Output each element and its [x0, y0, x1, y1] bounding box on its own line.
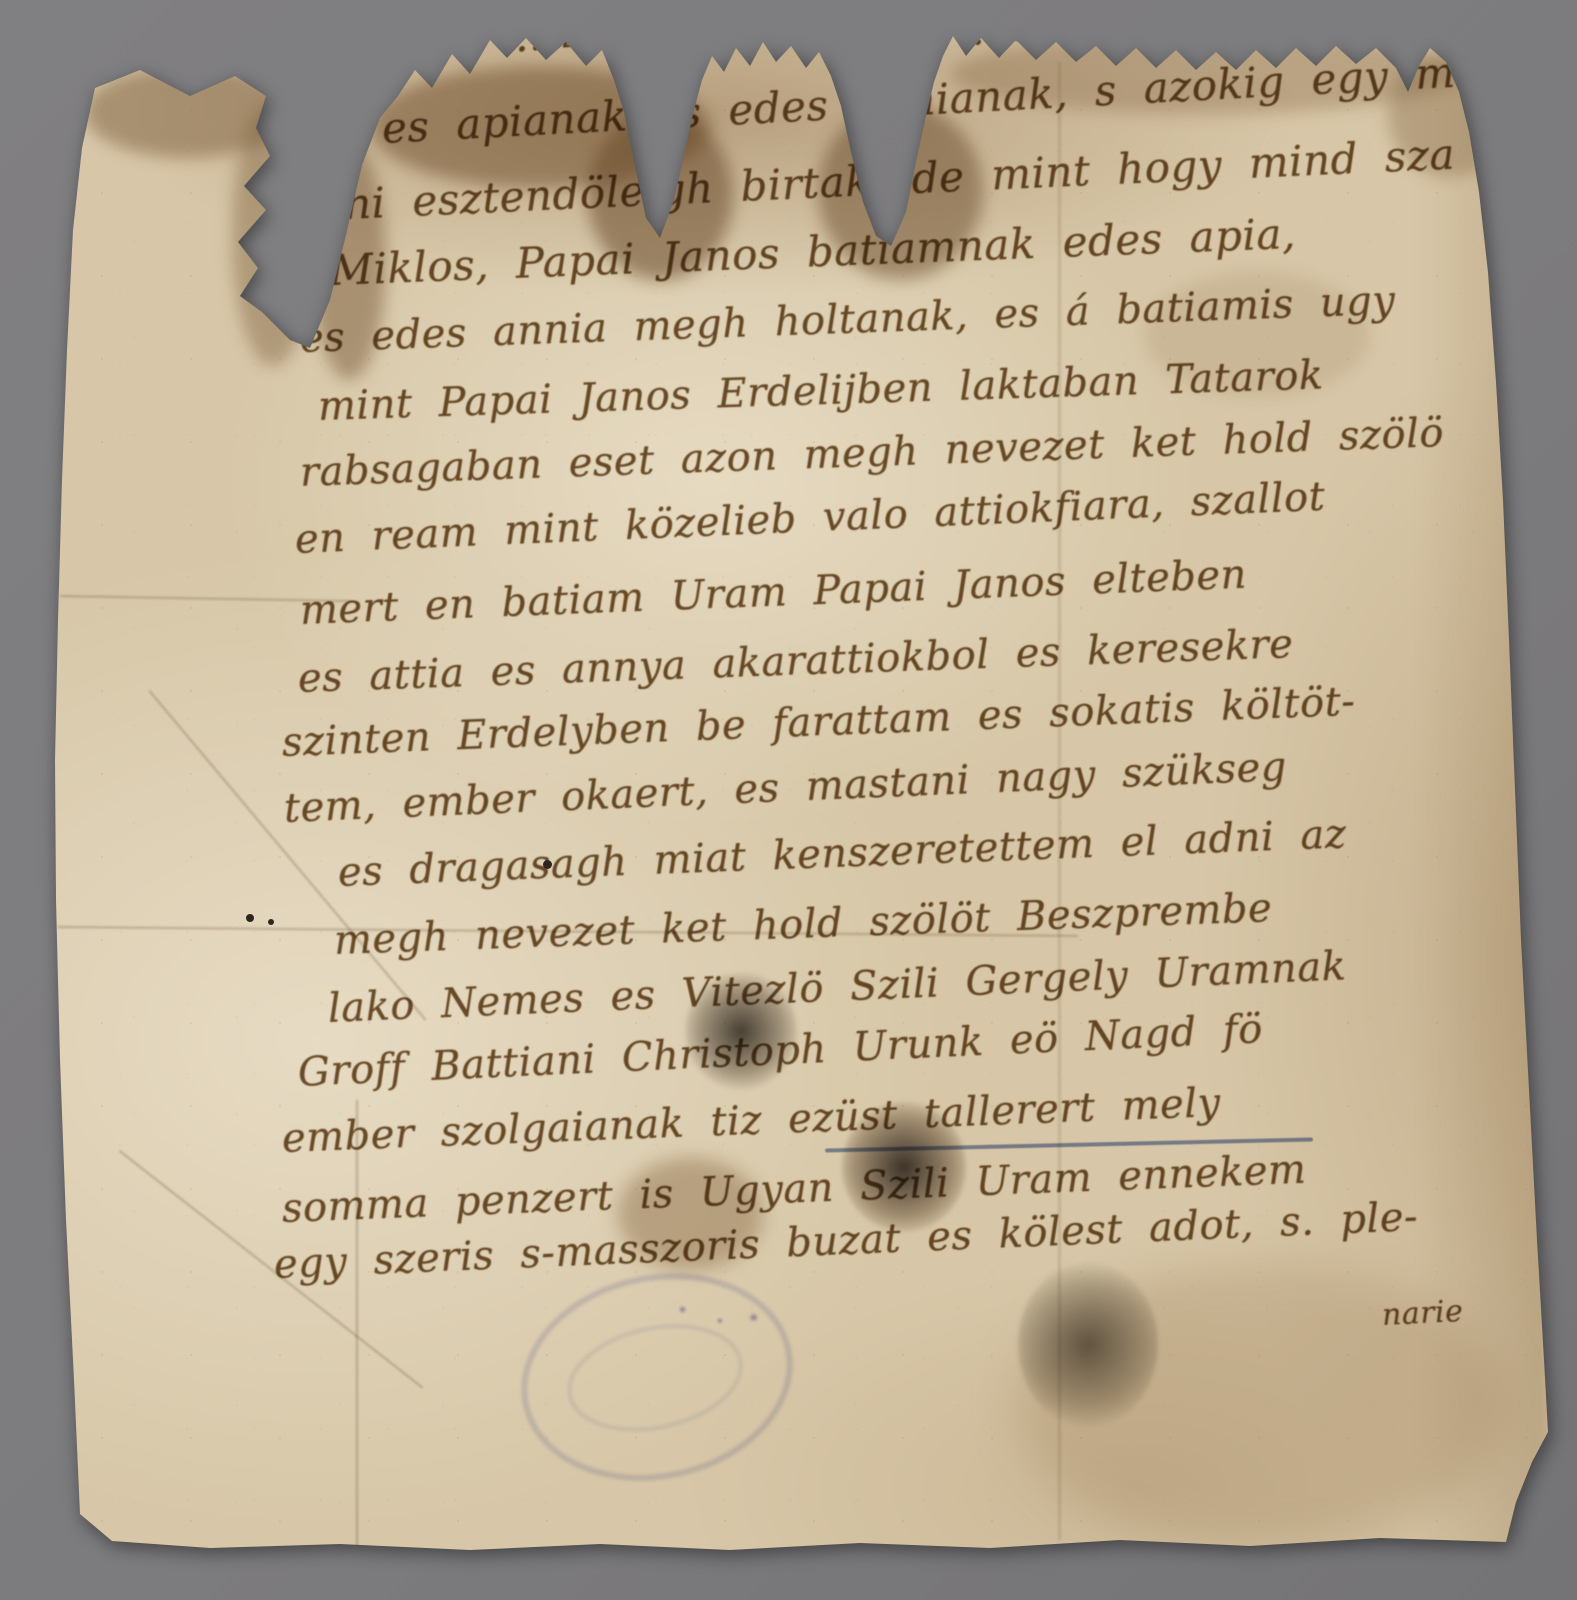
ink-blotch — [1018, 1262, 1158, 1427]
fold-crease — [356, 1100, 358, 1550]
manuscript-paper-shadow: …tiak erdelyne… …s lak uy mind a… es api… — [0, 0, 1577, 1600]
pin-hole — [268, 919, 274, 925]
scan-background: { "scene": { "background_color": "#7c7b7… — [0, 0, 1577, 1600]
manuscript-paper: …tiak erdelyne… …s lak uy mind a… es api… — [0, 0, 1577, 1600]
manuscript-line-fragment-left: …tiak erdelyne… — [498, 0, 885, 63]
archive-stamp — [502, 1249, 812, 1506]
wax-speck — [1022, 28, 1032, 40]
manuscript-line-12: es dragasagh miat kenszeretettem el adni… — [337, 811, 1347, 896]
manuscript-line-8: mert en batiam Uram Papai Janos elteben — [299, 552, 1248, 634]
paper-speck — [543, 860, 552, 869]
manuscript-line-5: mint Papai Janos Erdelijben laktaban Tat… — [317, 352, 1324, 430]
ink-blotch — [685, 972, 797, 1090]
pin-hole — [246, 914, 254, 922]
manuscript-line-fragment-right: …s lak uy mind a… — [968, 0, 1437, 55]
manuscript-catchword: narie — [1381, 1294, 1464, 1333]
ink-blotch — [842, 1102, 966, 1232]
manuscript-line-16: ember szolgaianak tiz ezüst tallerert me… — [281, 1080, 1221, 1162]
scorch-stain — [232, 104, 314, 366]
